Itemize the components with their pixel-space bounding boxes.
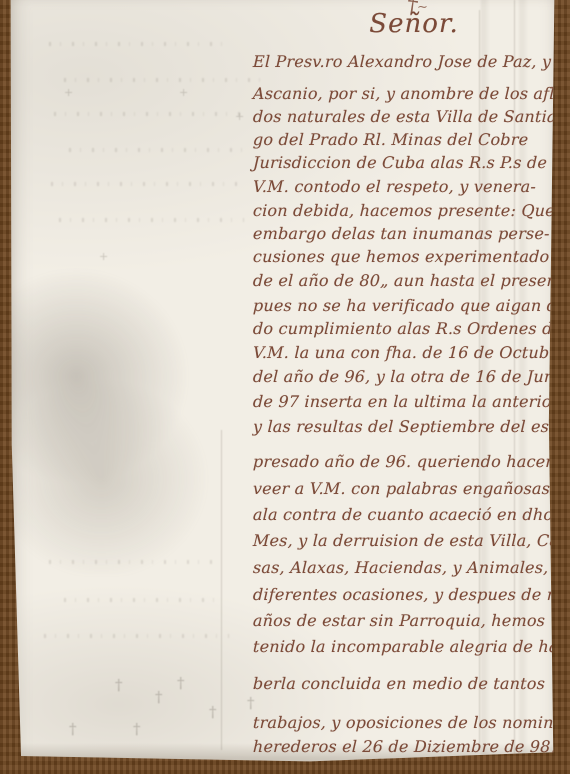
bleed-plus-mark: + bbox=[235, 110, 244, 123]
bleed-plus-mark: + bbox=[179, 86, 188, 99]
fold-line bbox=[221, 430, 222, 750]
bleed-cross-mark: † bbox=[133, 720, 141, 738]
manuscript-line: de 97 inserta en la ultima la anterior, bbox=[253, 392, 564, 411]
bleed-through-row bbox=[69, 148, 244, 152]
bleed-through-row bbox=[64, 598, 224, 602]
paper-sheet: † † † † † † † + + + + † ∼ Señor. El Pres… bbox=[9, 0, 556, 766]
bleed-through-row bbox=[54, 112, 244, 116]
manuscript-line: pues no se ha verificado que aigan da- bbox=[253, 296, 570, 315]
bleed-through-row bbox=[44, 634, 229, 638]
manuscript-line: de el año de 80„ aun hasta el presente bbox=[253, 271, 570, 290]
bleed-plus-mark: + bbox=[64, 86, 73, 99]
manuscript-line: cion debida, hacemos presente: Que sin bbox=[253, 201, 570, 220]
bleed-cross-mark: † bbox=[69, 720, 77, 738]
manuscript-line: Mes, y la derruision de esta Villa, Ca- bbox=[253, 531, 565, 550]
manuscript-line: tenido la incomparable alegria de ha- bbox=[253, 637, 565, 656]
manuscript-line: veer a V.M. con palabras engañosas bbox=[253, 479, 551, 498]
document-salutation: Señor. bbox=[339, 9, 489, 39]
bleed-through-smudge bbox=[0, 255, 239, 575]
manuscript-line: cusiones que hemos experimentado des- bbox=[253, 247, 570, 266]
bleed-through-row bbox=[64, 78, 264, 82]
bleed-cross-mark: † bbox=[115, 676, 123, 694]
bleed-through-row bbox=[51, 182, 246, 186]
manuscript-line: Jurisdiccion de Cuba alas R.s P.s de bbox=[253, 153, 548, 172]
manuscript-line: V.M. contodo el respeto, y venera- bbox=[253, 177, 537, 196]
manuscript-line: trabajos, y oposiciones de los nominados bbox=[253, 713, 570, 732]
bleed-cross-mark: † bbox=[209, 703, 217, 721]
bleed-through-row bbox=[49, 560, 219, 564]
manuscript-line: Ascanio, por si, y anombre de los afligi… bbox=[253, 84, 570, 103]
bleed-plus-mark: + bbox=[99, 250, 108, 263]
bleed-through-row bbox=[49, 42, 229, 46]
manuscript-line: del año de 96, y la otra de 16 de Junio bbox=[253, 367, 570, 386]
bleed-cross-mark: † bbox=[177, 674, 185, 692]
bleed-through-row bbox=[59, 218, 244, 222]
manuscript-line: berla concluida en medio de tantos bbox=[253, 674, 546, 693]
manuscript-line: go del Prado Rl. Minas del Cobre bbox=[253, 130, 529, 149]
manuscript-line: herederos el 26 de Diziembre de 98„ bbox=[253, 737, 560, 756]
manuscript-line: embargo delas tan inumanas perse- bbox=[253, 224, 550, 243]
manuscript-line: do cumplimiento alas R.s Ordenes de bbox=[253, 319, 563, 338]
manuscript-line: ala contra de cuanto acaeció en dho bbox=[253, 505, 554, 524]
manuscript-line: años de estar sin Parroquia, hemos bbox=[253, 611, 546, 630]
manuscript-line: diferentes ocasiones, y despues de nuebe bbox=[253, 585, 570, 604]
scanned-manuscript-page: † † † † † † † + + + + † ∼ Señor. El Pres… bbox=[0, 0, 570, 774]
manuscript-line: y las resultas del Septiembre del es- bbox=[253, 417, 555, 436]
manuscript-line: V.M. la una con fha. de 16 de Octubre, bbox=[253, 343, 570, 362]
manuscript-line: presado año de 96. queriendo hacerse bbox=[253, 452, 570, 471]
manuscript-line: dos naturales de esta Villa de Santia- bbox=[253, 107, 563, 126]
bleed-cross-mark: † bbox=[155, 688, 163, 706]
bleed-cross-mark: † bbox=[247, 694, 255, 712]
manuscript-line: El Presv.ro Alexandro Jose de Paz, y bbox=[253, 52, 552, 71]
manuscript-line: sas, Alaxas, Haciendas, y Animales, p.r bbox=[253, 558, 570, 577]
